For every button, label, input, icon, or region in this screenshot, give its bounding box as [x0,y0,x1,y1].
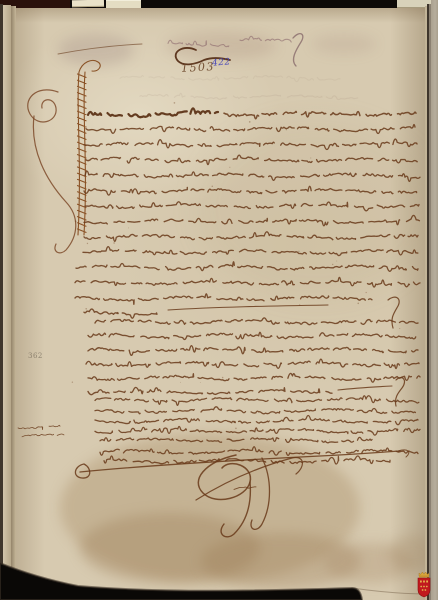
handwriting-layer [0,0,438,600]
folio-number: 422 [212,57,231,69]
crown-icon [419,572,429,576]
manuscript-scan: 1503 422 362 [0,0,438,600]
year-annotation: 1503 [181,60,216,75]
archive-shield-logo [416,570,432,598]
pencil-number: 362 [28,352,43,360]
crown-band [419,576,429,577]
